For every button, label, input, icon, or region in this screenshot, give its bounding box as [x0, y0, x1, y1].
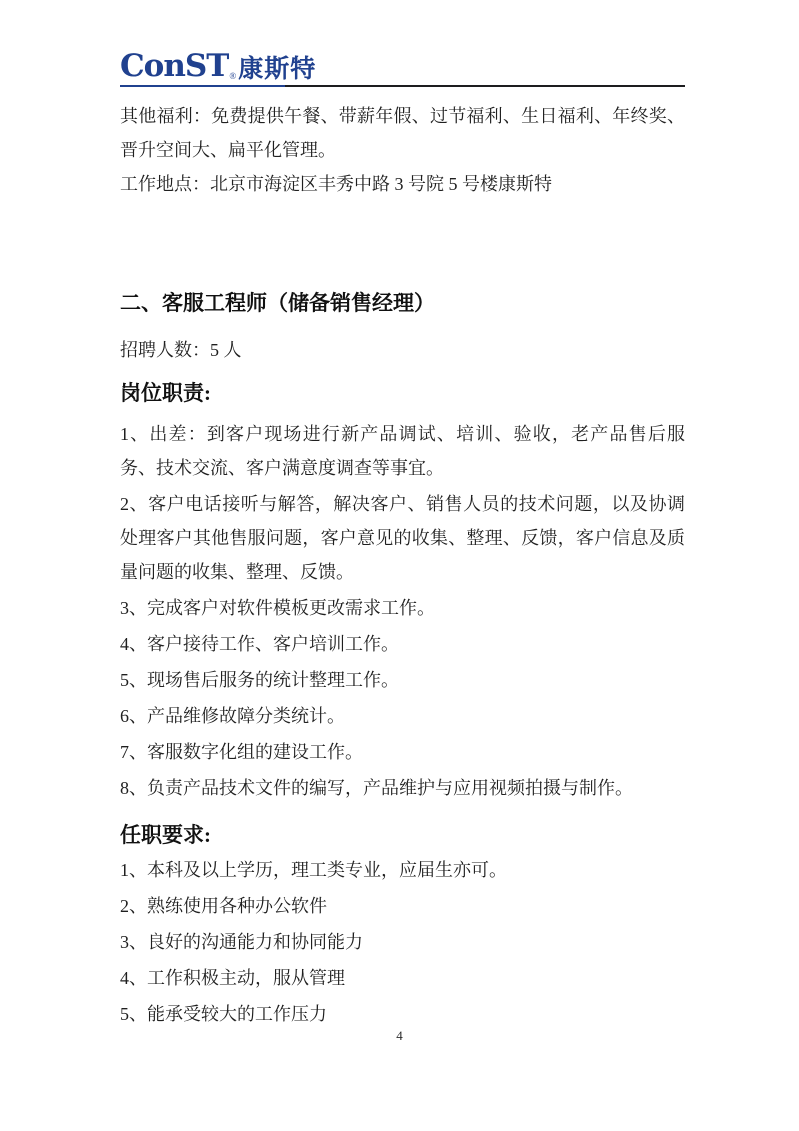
duties-list: 1、出差：到客户现场进行新产品调试、培训、验收，老产品售后服务、技术交流、客户满…: [120, 417, 685, 805]
registered-trademark-icon: ®: [229, 72, 236, 81]
work-location-paragraph: 工作地点：北京市海淀区丰秀中路 3 号院 5 号楼康斯特: [120, 167, 685, 201]
duties-heading: 岗位职责:: [120, 377, 685, 409]
duty-item: 3、完成客户对软件模板更改需求工作。: [120, 591, 685, 625]
page-number: 4: [0, 1028, 799, 1044]
logo-wordmark-en: ConST: [120, 51, 228, 82]
requirement-item: 5、能承受较大的工作压力: [120, 997, 685, 1031]
duty-item: 7、客服数字化组的建设工作。: [120, 735, 685, 769]
requirement-item: 2、熟练使用各种办公软件: [120, 889, 685, 923]
header-divider: [120, 85, 685, 87]
benefits-paragraph: 其他福利：免费提供午餐、带薪年假、过节福利、生日福利、年终奖、晋升空间大、扁平化…: [120, 99, 685, 167]
duty-item: 6、产品维修故障分类统计。: [120, 699, 685, 733]
headcount-paragraph: 招聘人数：5 人: [120, 333, 685, 367]
company-logo: ConST ® 康斯特: [120, 46, 685, 82]
requirement-item: 3、良好的沟通能力和协同能力: [120, 925, 685, 959]
duty-item: 5、现场售后服务的统计整理工作。: [120, 663, 685, 697]
page-header: ConST ® 康斯特: [120, 0, 685, 87]
section-title: 二、客服工程师（储备销售经理）: [120, 287, 685, 319]
document-page: ConST ® 康斯特 其他福利：免费提供午餐、带薪年假、过节福利、生日福利、年…: [0, 0, 799, 1131]
requirements-heading: 任职要求:: [120, 819, 685, 851]
requirements-list: 1、本科及以上学历，理工类专业，应届生亦可。2、熟练使用各种办公软件3、良好的沟…: [120, 853, 685, 1031]
page-content: ConST ® 康斯特 其他福利：免费提供午餐、带薪年假、过节福利、生日福利、年…: [120, 0, 685, 1031]
duty-item: 4、客户接待工作、客户培训工作。: [120, 627, 685, 661]
duty-item: 2、客户电话接听与解答，解决客户、销售人员的技术问题，以及协调处理客户其他售服问…: [120, 487, 685, 589]
requirement-item: 1、本科及以上学历，理工类专业，应届生亦可。: [120, 853, 685, 887]
requirement-item: 4、工作积极主动，服从管理: [120, 961, 685, 995]
duty-item: 8、负责产品技术文件的编写，产品维护与应用视频拍摄与制作。: [120, 771, 685, 805]
logo-wordmark-cn: 康斯特: [238, 56, 316, 81]
duty-item: 1、出差：到客户现场进行新产品调试、培训、验收，老产品售后服务、技术交流、客户满…: [120, 417, 685, 485]
